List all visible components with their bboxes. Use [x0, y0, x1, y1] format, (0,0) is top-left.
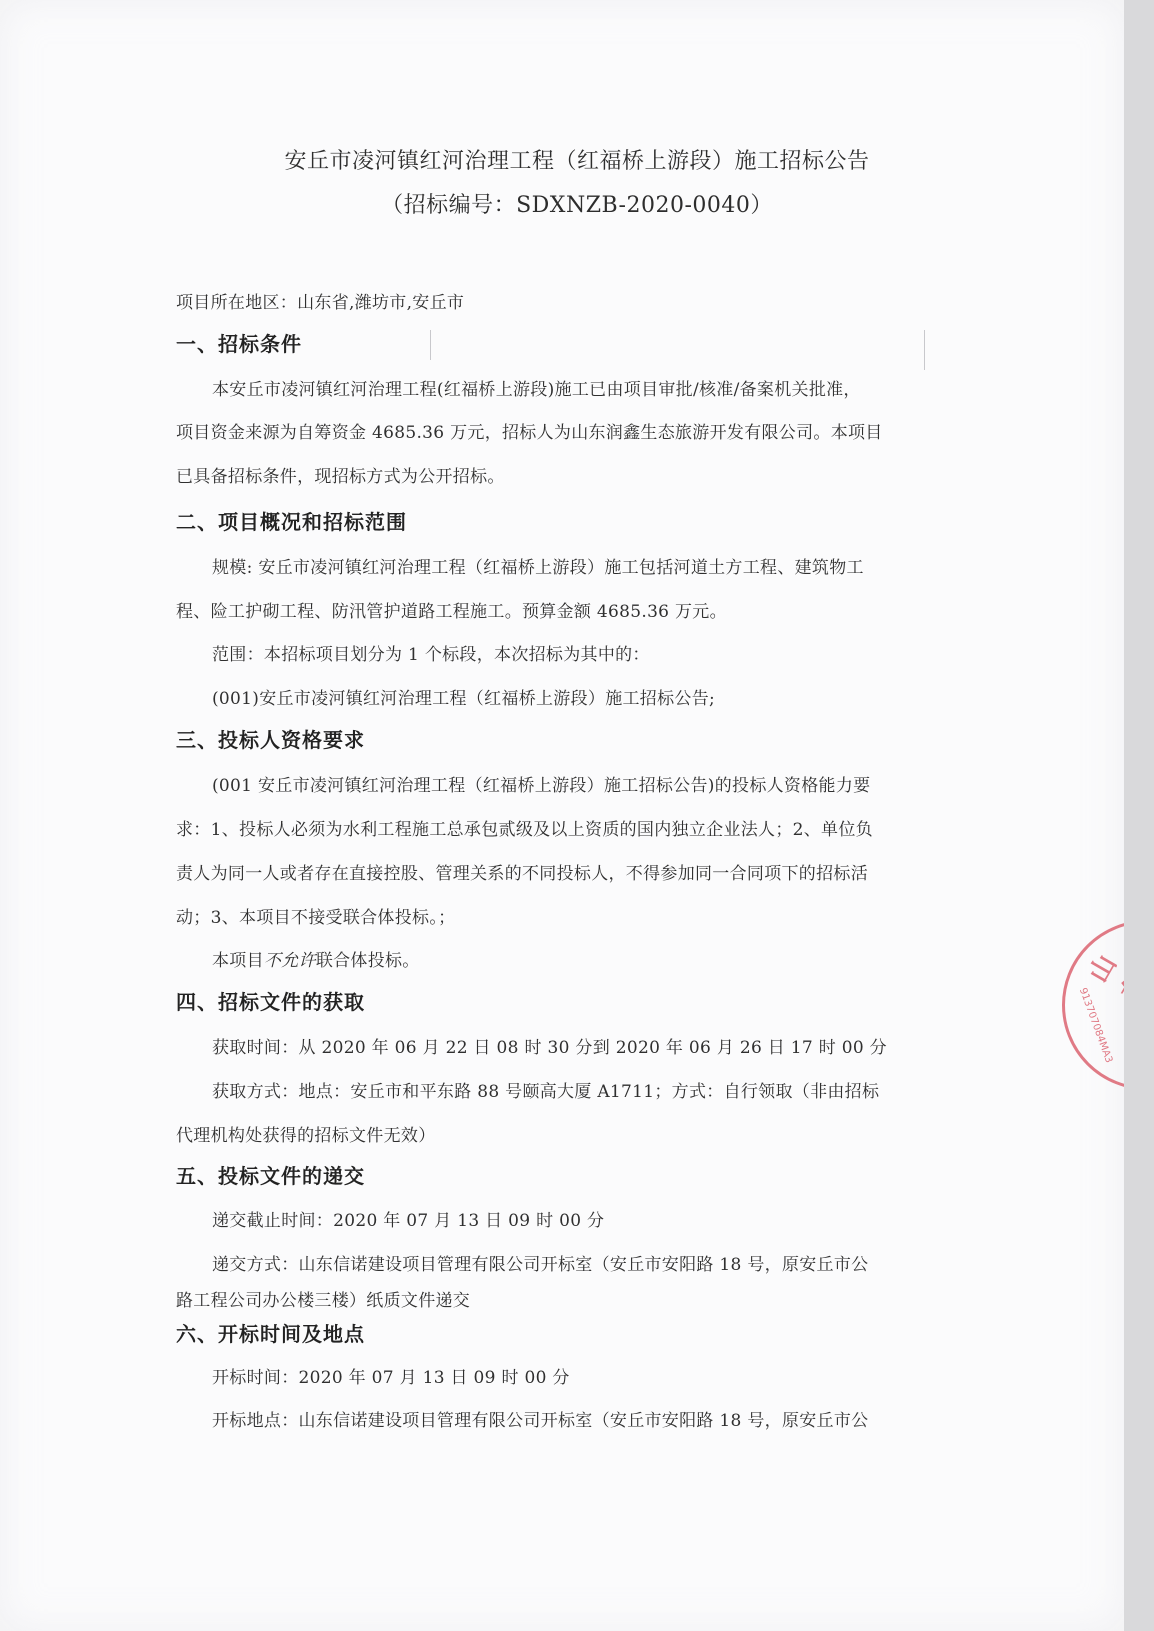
paragraph-line: 开标时间：2020 年 07 月 13 日 09 时 00 分 [212, 1363, 1012, 1388]
paragraph-line: 本项目不允许联合体投标。 [212, 946, 1012, 971]
paragraph-line: 责人为同一人或者存在直接控股、管理关系的不同投标人，不得参加同一合同项下的招标活 [176, 859, 976, 884]
text-span: 本项目 [212, 951, 264, 971]
section-heading-2: 二、项目概况和招标范围 [176, 506, 407, 535]
paragraph-line: 递交截止时间：2020 年 07 月 13 日 09 时 00 分 [212, 1206, 1012, 1231]
tender-number: （招标编号：SDXNZB-2020-0040） [0, 188, 1154, 219]
paragraph-line: 动；3、本项目不接受联合体投标。； [176, 903, 976, 928]
section-heading-1: 一、招标条件 [176, 328, 302, 357]
italic-text: 不允许 [264, 951, 316, 971]
company-seal: 山东 913707084MA3 [1062, 900, 1124, 1120]
paragraph-line: 求：1、投标人必须为水利工程施工总承包贰级及以上资质的国内独立企业法人；2、单位… [176, 815, 976, 840]
project-region: 项目所在地区：山东省,潍坊市,安丘市 [176, 288, 976, 313]
paragraph-line: 路工程公司办公楼三楼）纸质文件递交 [176, 1286, 976, 1311]
paragraph-line: (001)安丘市凌河镇红河治理工程（红福桥上游段）施工招标公告; [212, 684, 1012, 709]
text-span: 联合体投标。 [316, 951, 420, 971]
paragraph-line: 获取时间：从 2020 年 06 月 22 日 08 时 30 分到 2020 … [212, 1033, 1012, 1058]
scan-mark [924, 330, 925, 370]
paragraph-line: 范围：本招标项目划分为 1 个标段，本次招标为其中的： [212, 640, 1012, 665]
document-title: 安丘市凌河镇红河治理工程（红福桥上游段）施工招标公告 [0, 144, 1154, 175]
paragraph-line: 代理机构处获得的招标文件无效） [176, 1121, 976, 1146]
section-heading-6: 六、开标时间及地点 [176, 1318, 365, 1347]
section-heading-3: 三、投标人资格要求 [176, 724, 365, 753]
scan-mark [430, 330, 431, 360]
section-heading-5: 五、投标文件的递交 [176, 1160, 365, 1189]
paragraph-line: 递交方式：山东信诺建设项目管理有限公司开标室（安丘市安阳路 18 号，原安丘市公 [212, 1250, 1012, 1275]
paragraph-line: 程、险工护砌工程、防汛管护道路工程施工。预算金额 4685.36 万元。 [176, 597, 976, 622]
paragraph-line: 规模: 安丘市凌河镇红河治理工程（红福桥上游段）施工包括河道土方工程、建筑物工 [212, 553, 1012, 578]
page-edge [1124, 0, 1154, 1631]
section-heading-4: 四、招标文件的获取 [176, 986, 365, 1015]
paragraph-line: 开标地点：山东信诺建设项目管理有限公司开标室（安丘市安阳路 18 号，原安丘市公 [212, 1406, 1012, 1431]
paragraph-line: (001 安丘市凌河镇红河治理工程（红福桥上游段）施工招标公告)的投标人资格能力… [212, 771, 1012, 796]
paragraph-line: 获取方式：地点：安丘市和平东路 88 号颐高大厦 A1711；方式：自行领取（非… [212, 1077, 1012, 1102]
paragraph-line: 已具备招标条件，现招标方式为公开招标。 [176, 462, 976, 487]
paragraph-line: 项目资金来源为自筹资金 4685.36 万元，招标人为山东润鑫生态旅游开发有限公… [176, 418, 976, 443]
paragraph-line: 本安丘市凌河镇红河治理工程(红福桥上游段)施工已由项目审批/核准/备案机关批准， [212, 375, 1012, 400]
